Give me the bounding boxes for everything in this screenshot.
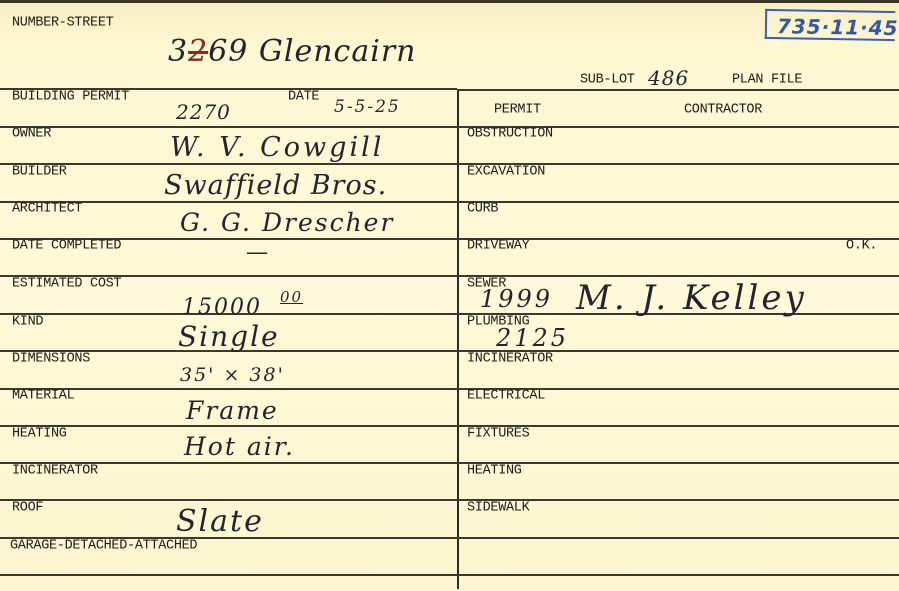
roof-value: Slate: [176, 504, 264, 539]
number-street-prefix: 3: [168, 34, 188, 69]
building-permit-value: 2270: [176, 100, 231, 124]
builder-label: BUILDER: [12, 164, 67, 180]
permit-date-value: 5-5-25: [334, 97, 401, 117]
electrical-label: ELECTRICAL: [467, 388, 545, 404]
building-permit-card: 735·11·45 NUMBER-STREET 3269 Glencairn S…: [0, 0, 899, 591]
curb-label: CURB: [467, 201, 498, 217]
roof-label: ROOF: [12, 500, 43, 516]
estimated-cost-cents: 00: [280, 288, 303, 306]
heating-permit-label: HEATING: [467, 463, 522, 479]
plumbing-permit-value: 2125: [496, 324, 569, 352]
material-label: MATERIAL: [12, 388, 74, 404]
architect-value: G. G. Drescher: [180, 208, 394, 237]
rule-line: [0, 126, 899, 128]
owner-label: OWNER: [12, 126, 51, 142]
heating-value: Hot air.: [184, 432, 295, 461]
sidewalk-label: SIDEWALK: [467, 500, 529, 516]
builder-value: Swaffield Bros.: [164, 170, 387, 201]
sewer-permit-value: 1999: [480, 285, 553, 313]
sewer-contractor-value: M. J. Kelley: [576, 278, 807, 318]
driveway-label: DRIVEWAY: [467, 238, 529, 254]
number-street-value: 3269 Glencairn: [168, 34, 416, 69]
heating-label: HEATING: [12, 426, 67, 442]
date-completed-label: DATE COMPLETED: [12, 238, 121, 254]
card-top-edge: [0, 0, 899, 3]
sub-lot-value: 486: [648, 66, 689, 90]
dimensions-label: DIMENSIONS: [12, 351, 90, 367]
rule-line: [0, 462, 899, 464]
incinerator-label: INCINERATOR: [12, 463, 98, 479]
kind-value: Single: [178, 320, 280, 353]
excavation-label: EXCAVATION: [467, 164, 545, 180]
rule-line: [0, 388, 899, 390]
rule-line: [0, 425, 899, 427]
rule-line: [0, 163, 899, 165]
fixtures-label: FIXTURES: [467, 426, 529, 442]
rule-line: [0, 238, 899, 240]
permit-column-header: PERMIT: [494, 102, 541, 118]
permit-date-label: DATE: [288, 89, 319, 105]
kind-label: KIND: [12, 314, 43, 330]
number-street-label: NUMBER-STREET: [12, 15, 113, 31]
rule-line: [0, 201, 899, 203]
estimated-cost-value: 1500000: [182, 288, 303, 320]
sub-lot-label: SUB-LOT: [580, 72, 635, 88]
estimated-cost-label: ESTIMATED COST: [12, 276, 121, 292]
dimensions-value: 35' × 38': [180, 364, 285, 386]
number-street-struck-digit: 2: [188, 34, 208, 69]
rule-line: [0, 275, 899, 277]
obstruction-label: OBSTRUCTION: [467, 126, 553, 142]
plan-file-label: PLAN FILE: [732, 72, 802, 88]
contractor-column-header: CONTRACTOR: [684, 102, 762, 118]
rule-line: [0, 350, 899, 352]
incinerator-permit-label: INCINERATOR: [467, 351, 553, 367]
owner-value: W. V. Cowgill: [170, 132, 384, 163]
garage-label: GARAGE-DETACHED-ATTACHED: [10, 538, 197, 554]
material-value: Frame: [186, 396, 279, 425]
file-number-stamp: 735·11·45: [765, 9, 896, 41]
estimated-cost-amount: 15000: [182, 295, 262, 320]
driveway-ok-note: O.K.: [846, 238, 877, 254]
rule-line: [457, 89, 899, 91]
date-completed-value: —: [246, 240, 269, 265]
building-permit-label: BUILDING PERMIT: [12, 89, 129, 105]
architect-label: ARCHITECT: [12, 201, 82, 217]
rule-line: [0, 574, 899, 576]
number-street-rest: 69 Glencairn: [208, 34, 416, 69]
rule-line: [0, 499, 899, 501]
